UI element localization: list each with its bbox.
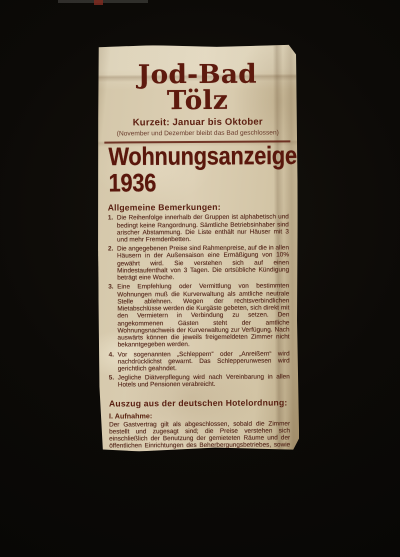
closed-note: (November und Dezember bleibt das Bad ge… bbox=[107, 129, 288, 137]
hotel-section-1-paragraph: Der Gastvertrag gilt als abgeschlossen, … bbox=[109, 420, 290, 451]
hotel-section-1-heading: I. Aufnahme: bbox=[109, 410, 290, 420]
list-item: 1. Die Reihenfolge innerhalb der Gruppen… bbox=[108, 214, 289, 244]
leaflet-content: Jod-Bad Tölz Kurzeit: Januar bis Oktober… bbox=[97, 44, 299, 451]
item-number: 3. bbox=[108, 284, 117, 349]
item-number: 4. bbox=[109, 351, 118, 373]
banner-title: Wohnungsanzeiger 1936 bbox=[108, 142, 279, 196]
season-line: Kurzeit: Januar bis Oktober bbox=[107, 116, 288, 128]
item-text: Jegliche Diätverpflegung wird nach Verei… bbox=[118, 374, 290, 390]
list-item: 4. Vor sogenannten „Schleppern“ oder „An… bbox=[109, 350, 290, 373]
item-number: 2. bbox=[108, 246, 117, 282]
scan-artifact-line bbox=[58, 0, 148, 3]
item-number: 5. bbox=[109, 375, 118, 390]
list-item: 2. Die angegebenen Preise sind Rahmenpre… bbox=[108, 245, 289, 282]
item-text: Die Reihenfolge innerhalb der Gruppen is… bbox=[117, 214, 289, 244]
remarks-list: 1. Die Reihenfolge innerhalb der Gruppen… bbox=[108, 214, 290, 389]
photo-background: Jod-Bad Tölz Kurzeit: Januar bis Oktober… bbox=[0, 0, 400, 557]
item-text: Die angegebenen Preise sind Rahmenpreise… bbox=[117, 245, 289, 282]
hotel-order-heading: Auszug aus der deutschen Hotelordnung: bbox=[109, 397, 290, 408]
list-item: 3. Eine Empfehlung oder Vermittlung von … bbox=[108, 283, 289, 349]
item-number: 1. bbox=[108, 215, 117, 244]
scan-artifact-mark bbox=[94, 0, 103, 5]
item-text: Vor sogenannten „Schleppern“ oder „Anrei… bbox=[118, 350, 290, 373]
item-text: Eine Empfehlung oder Vermittlung von bes… bbox=[117, 283, 289, 349]
list-item: 5. Jegliche Diätverpflegung wird nach Ve… bbox=[109, 374, 290, 390]
leaflet-paper: Jod-Bad Tölz Kurzeit: Januar bis Oktober… bbox=[97, 44, 299, 451]
leaflet-title: Jod-Bad Tölz bbox=[107, 61, 288, 114]
general-remarks-heading: Allgemeine Bemerkungen: bbox=[108, 202, 289, 213]
